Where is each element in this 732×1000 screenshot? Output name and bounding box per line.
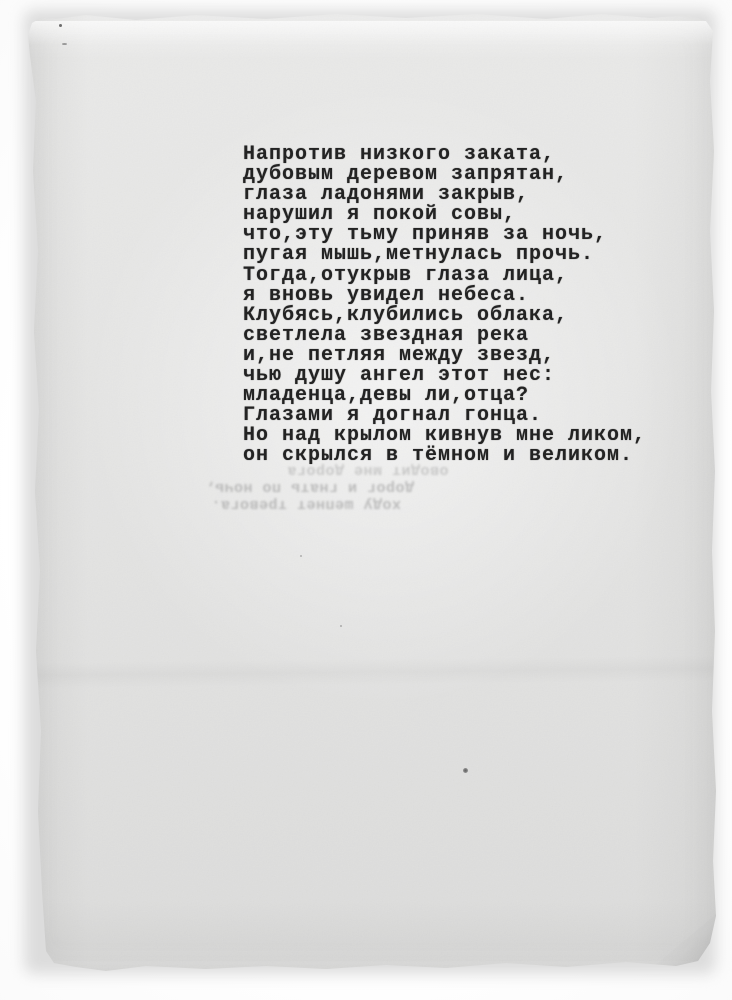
poem-line: пугая мышь,метнулась прочь. <box>243 245 703 265</box>
ghost-line: дорог и гнать по ночь, <box>205 479 414 496</box>
poem-line: Тогда,отукрыв глаза лица, <box>243 266 703 286</box>
poem-line: светлела звездная река <box>243 326 703 346</box>
ink-speck <box>59 24 62 27</box>
paper-crease-bottom <box>26 901 716 961</box>
ink-speck <box>62 43 67 45</box>
paper-crease-middle <box>26 655 716 688</box>
poem-line: чью душу ангел этот нес: <box>243 366 703 386</box>
poem-line: что,эту тьму приняв за ночь, <box>243 225 703 245</box>
poem-line: дубовым деревом запрятан, <box>243 165 703 185</box>
poem-line: и,не петляя между звезд, <box>243 346 703 366</box>
poem-line: младенца,девы ли,отца? <box>243 386 703 406</box>
poem-line: нарушил я покой совы, <box>243 205 703 225</box>
ink-speck <box>300 555 302 557</box>
poem-line: Клубясь,клубились облака, <box>243 306 703 326</box>
poem-line: я вновь увидел небеса. <box>243 286 703 306</box>
ghost-line: оводит мне дорога <box>287 462 449 479</box>
ink-speck <box>463 768 468 773</box>
paper-sheet: Напротив низкого заката, дубовым деревом… <box>26 11 716 974</box>
ink-speck <box>340 625 342 627</box>
poem-text: Напротив низкого заката, дубовым деревом… <box>243 145 703 467</box>
scan-background: Напротив низкого заката, дубовым деревом… <box>0 0 732 1000</box>
poem-line: Глазами я догнал гонца. <box>243 406 703 426</box>
paper-crease-top <box>26 21 716 45</box>
bleedthrough-text: оводит мне дорога дорог и гнать по ночь,… <box>205 462 429 513</box>
ghost-line: ходу шепнет тревога. <box>211 496 401 513</box>
